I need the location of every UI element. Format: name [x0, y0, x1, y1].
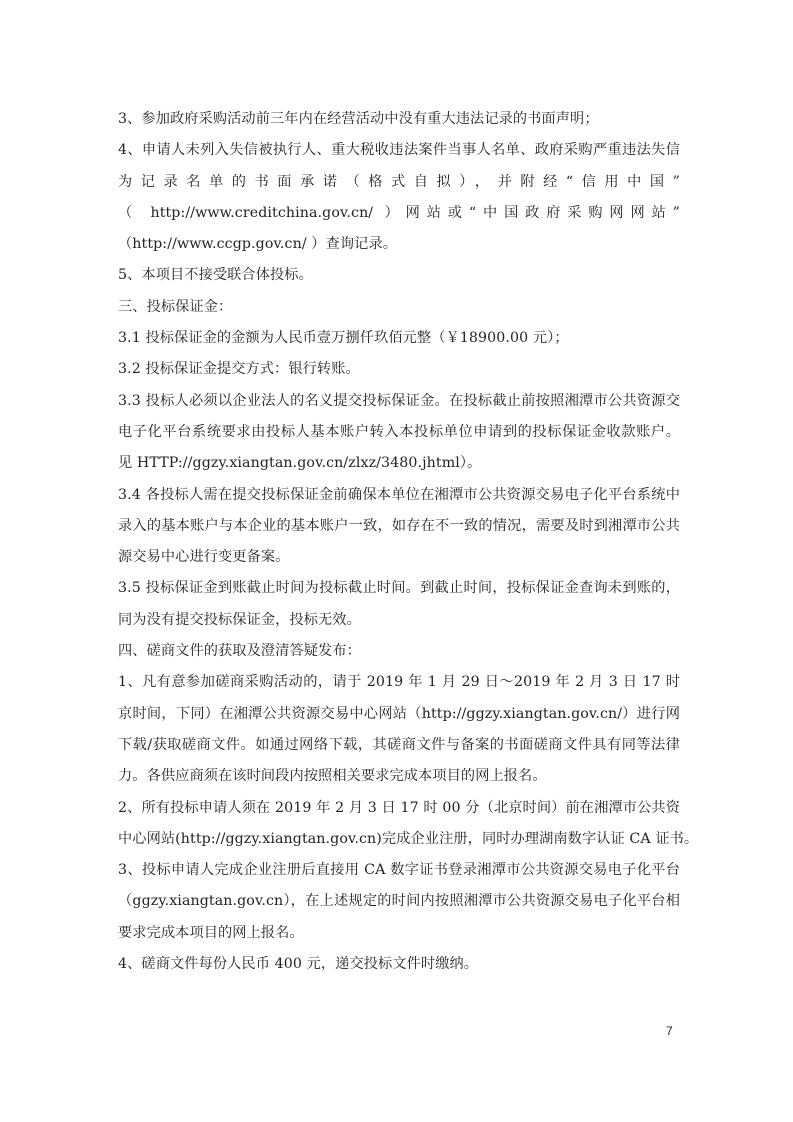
text-line: 京时间，下同）在湘潭公共资源交易中心网站（http://ggzy.xiangta…: [118, 699, 680, 730]
text-line: 3.4 各投标人需在提交投标保证金前确保本单位在湘潭市公共资源交易电子化平台系统…: [118, 480, 680, 511]
text-line: （http://www.ccgp.gov.cn/ ）查询记录。: [118, 229, 680, 260]
section-heading: 四、磋商文件的获取及澄清答疑发布：: [118, 636, 680, 667]
text-line: 3.1 投标保证金的金额为人民币壹万捌仟玖佰元整（￥18900.00 元）；: [118, 323, 680, 354]
text-line: 5、本项目不接受联合体投标。: [118, 260, 680, 291]
text-line: 3.2 投标保证金提交方式：银行转账。: [118, 354, 680, 385]
text-line: 见 HTTP://ggzy.xiangtan.gov.cn/zlxz/3480.…: [118, 448, 680, 479]
document-page: 3、参加政府采购活动前三年内在经营活动中没有重大违法记录的书面声明； 4、申请人…: [0, 0, 793, 1122]
text-line: 2、所有投标申请人须在 2019 年 2 月 3 日 17 时 00 分（北京时…: [118, 793, 680, 824]
text-line: 3.3 投标人必须以企业法人的名义提交投标保证金。在投标截止前按照湘潭市公共资源…: [118, 386, 680, 417]
text-line: 录入的基本账户与本企业的基本账户一致，如存在不一致的情况，需要及时到湘潭市公共资: [118, 511, 680, 542]
text-line: （ http://www.creditchina.gov.cn/ ）网站或“中国…: [118, 198, 680, 229]
text-line: 3、参加政府采购活动前三年内在经营活动中没有重大违法记录的书面声明；: [118, 104, 680, 135]
page-number: 7: [666, 1024, 673, 1038]
text-line: （ggzy.xiangtan.gov.cn），在上述规定的时间内按照湘潭市公共资…: [118, 886, 680, 917]
text-line: 4、磋商文件每份人民币 400 元，递交投标文件时缴纳。: [118, 949, 680, 980]
text-line: 3.5 投标保证金到账截止时间为投标截止时间。到截止时间，投标保证金查询未到账的…: [118, 573, 680, 604]
text-line: 1、凡有意参加磋商采购活动的，请于 2019 年 1 月 29 日～2019 年…: [118, 667, 680, 698]
document-body: 3、参加政府采购活动前三年内在经营活动中没有重大违法记录的书面声明； 4、申请人…: [118, 104, 680, 980]
text-line: 为记录名单的书面承诺（格式自拟），并附经“信用中国”: [118, 167, 680, 198]
text-line: 下载/获取磋商文件。如通过网络下载，其磋商文件与备案的书面磋商文件具有同等法律效: [118, 730, 680, 761]
text-line: 同为没有提交投标保证金，投标无效。: [118, 605, 680, 636]
text-line: 源交易中心进行变更备案。: [118, 542, 680, 573]
text-line: 力。各供应商须在该时间段内按照相关要求完成本项目的网上报名。: [118, 761, 680, 792]
text-line: 3、投标申请人完成企业注册后直接用 CA 数字证书登录湘潭市公共资源交易电子化平…: [118, 855, 680, 886]
section-heading: 三、投标保证金：: [118, 292, 680, 323]
text-line: 要求完成本项目的网上报名。: [118, 918, 680, 949]
text-line: 中心网站(http://ggzy.xiangtan.gov.cn)完成企业注册，…: [118, 824, 680, 855]
text-line: 电子化平台系统要求由投标人基本账户转入本投标单位申请到的投标保证金收款账户。（详: [118, 417, 680, 448]
text-line: 4、申请人未列入失信被执行人、重大税收违法案件当事人名单、政府采购严重违法失信行: [118, 135, 680, 166]
